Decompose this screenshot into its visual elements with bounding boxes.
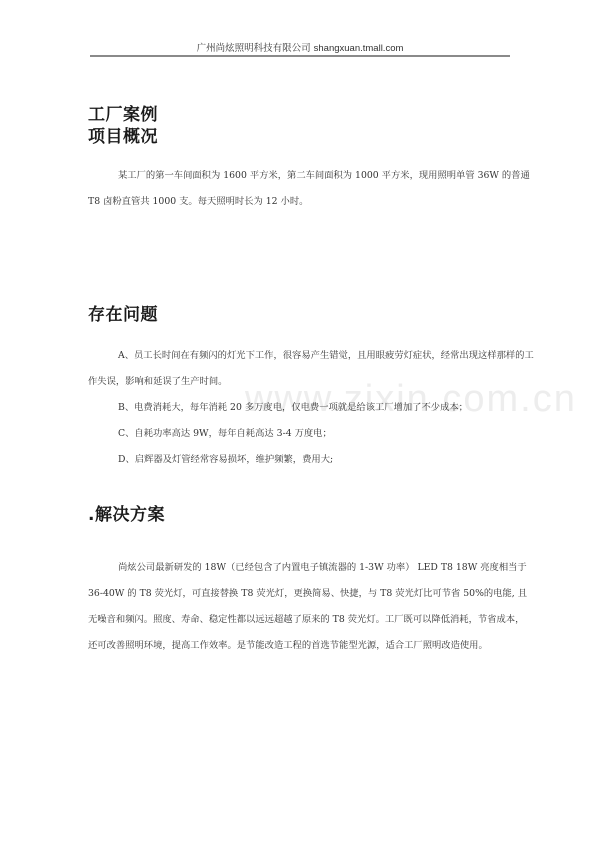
problems-heading: 存在问题 <box>88 300 158 325</box>
header-divider <box>90 55 510 57</box>
solution-line: 尚炫公司最新研发的 18W（已经包含了内置电子镇流器的 1-3W 功率） LED… <box>88 555 518 581</box>
overview-line: 某工厂的第一车间面积为 1600 平方米，第二车间面积为 1000 平方米，现用… <box>88 163 518 189</box>
header-company: 广州尚炫照明科技有限公司 <box>197 43 311 54</box>
problem-item-d: D、启辉器及灯管经常容易损坏，维护频繁，费用大; <box>88 447 518 473</box>
header-site: shangxuan.tmall.com <box>314 43 404 54</box>
solution-line: 36-40W 的 T8 荧光灯，可直接替换 T8 荧光灯，更换简易、快捷，与 T… <box>88 581 518 607</box>
overview-paragraph: 某工厂的第一车间面积为 1600 平方米，第二车间面积为 1000 平方米，现用… <box>88 163 518 215</box>
overview-heading: 项目概况 <box>88 122 158 147</box>
problem-item-a: A、员工长时间在有频闪的灯光下工作，很容易产生错觉，且用眼疲劳灯症状，经常出现这… <box>88 343 518 369</box>
problem-item-a-cont: 作失误，影响和延误了生产时间。 <box>88 369 518 395</box>
problem-item-c: C、自耗功率高达 9W，每年自耗高达 3-4 万度电； <box>88 421 518 447</box>
solution-paragraph: 尚炫公司最新研发的 18W（已经包含了内置电子镇流器的 1-3W 功率） LED… <box>88 555 518 659</box>
solution-line: 无噪音和频闪。照度、寿命、稳定性都以远远超越了原来的 T8 荧光灯。工厂既可以降… <box>88 607 518 633</box>
problems-list: A、员工长时间在有频闪的灯光下工作，很容易产生错觉，且用眼疲劳灯症状，经常出现这… <box>88 343 518 473</box>
overview-line: T8 卤粉直管共 1000 支。每天照明时长为 12 小时。 <box>88 189 518 215</box>
solution-heading: .解决方案 <box>88 500 165 525</box>
problem-item-b: B、电费消耗大，每年消耗 20 多万度电，仅电费一项就是给该工厂增加了不少成本； <box>88 395 518 421</box>
solution-line: 还可改善照明环境，提高工作效率。是节能改造工程的首选节能型光源，适合工厂照明改造… <box>88 633 518 659</box>
page-header: 广州尚炫照明科技有限公司 shangxuan.tmall.com <box>0 40 600 54</box>
